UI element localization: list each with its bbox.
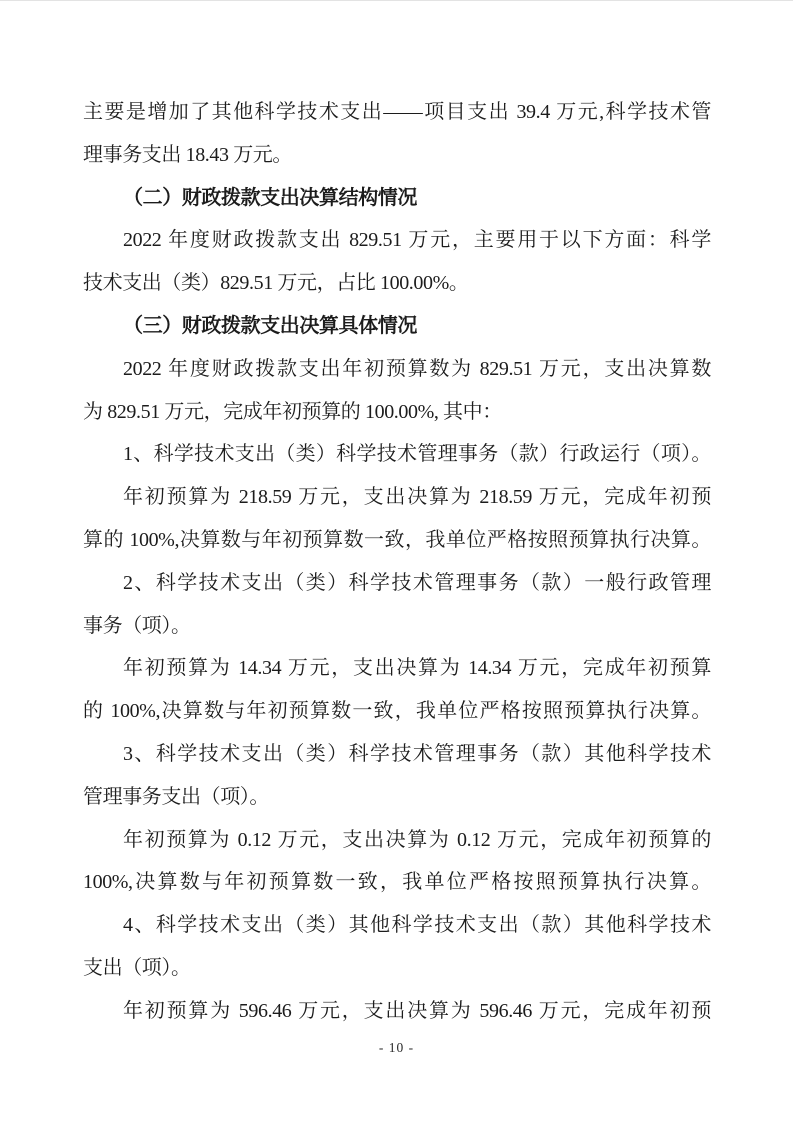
text-line-item-3: 3、科学技术支出（类）科学技术管理事务（款）其他科学技术 (83, 733, 711, 776)
section-heading-2: （二）财政拨款支出决算结构情况 (83, 177, 711, 220)
section-heading-3: （三）财政拨款支出决算具体情况 (83, 305, 711, 348)
text-line: 2022 年度财政拨款支出 829.51 万元，主要用于以下方面：科学 (83, 219, 711, 262)
text-line: 年初预算为 0.12 万元，支出决算为 0.12 万元，完成年初预算的 (83, 819, 711, 862)
text-line: 技术支出（类）829.51 万元，占比 100.00%。 (83, 262, 711, 305)
text-line-item-2: 2、科学技术支出（类）科学技术管理事务（款）一般行政管理 (83, 562, 711, 605)
text-line: 管理事务支出（项）。 (83, 776, 711, 819)
text-line: 100%,决算数与年初预算数一致，我单位严格按照预算执行决算。 (83, 861, 711, 904)
document-body: 主要是增加了其他科学技术支出——项目支出 39.4 万元,科学技术管 理事务支出… (83, 91, 711, 1033)
page-number: - 10 - (0, 1037, 793, 1059)
text-line: 主要是增加了其他科学技术支出——项目支出 39.4 万元,科学技术管 (83, 91, 711, 134)
text-line-item-1: 1、科学技术支出（类）科学技术管理事务（款）行政运行（项）。 (83, 433, 711, 476)
text-line: 年初预算为 218.59 万元，支出决算为 218.59 万元，完成年初预 (83, 476, 711, 519)
text-line: 年初预算为 596.46 万元，支出决算为 596.46 万元，完成年初预 (83, 990, 711, 1033)
text-line: 2022 年度财政拨款支出年初预算数为 829.51 万元，支出决算数 (83, 348, 711, 391)
text-line-item-4: 4、科学技术支出（类）其他科学技术支出（款）其他科学技术 (83, 904, 711, 947)
text-line: 算的 100%,决算数与年初预算数一致，我单位严格按照预算执行决算。 (83, 519, 711, 562)
text-line: 理事务支出 18.43 万元。 (83, 134, 711, 177)
text-line: 年初预算为 14.34 万元，支出决算为 14.34 万元，完成年初预算 (83, 647, 711, 690)
text-line: 事务（项）。 (83, 605, 711, 648)
text-line: 支出（项）。 (83, 947, 711, 990)
document-page: 主要是增加了其他科学技术支出——项目支出 39.4 万元,科学技术管 理事务支出… (0, 0, 793, 1123)
text-line: 为 829.51 万元，完成年初预算的 100.00%, 其中： (83, 391, 711, 434)
text-line: 的 100%,决算数与年初预算数一致，我单位严格按照预算执行决算。 (83, 690, 711, 733)
